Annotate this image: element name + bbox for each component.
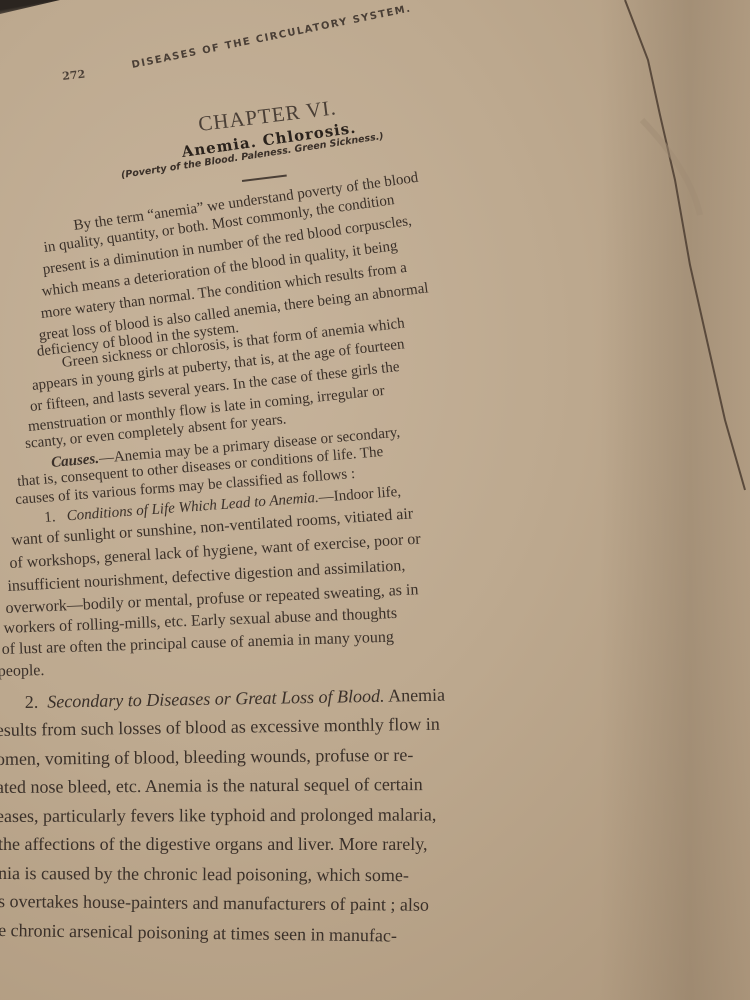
text-line: eases, particularly fevers like typhoid …	[0, 804, 436, 827]
text-line: omen, vomiting of blood, bleeding wounds…	[0, 745, 413, 770]
item1-text: —Indoor life,	[318, 484, 401, 506]
item2-text: Anemia	[384, 685, 445, 706]
text-line: ated nose bleed, etc. Anemia is the natu…	[0, 774, 423, 798]
text-line: people.	[0, 662, 45, 681]
title-rule	[242, 175, 287, 182]
book-page-photo: 272 DISEASES OF THE CIRCULATORY SYSTEM. …	[0, 0, 750, 1000]
text-line: s overtakes house-painters and manufactu…	[0, 891, 429, 916]
next-page-shadow	[600, 0, 750, 1000]
text-line: the affections of the digestive organs a…	[0, 834, 428, 855]
item2-number: 2.	[25, 692, 39, 712]
corner-shadow	[0, 0, 60, 14]
item2-heading: Secondary to Diseases or Great Loss of B…	[47, 686, 385, 712]
running-head: DISEASES OF THE CIRCULATORY SYSTEM.	[131, 3, 413, 71]
page-number: 272	[62, 68, 86, 83]
text-line: e chronic arsenical poisoning at times s…	[0, 920, 397, 947]
item1-number: 1.	[44, 509, 56, 526]
text-line: nia is caused by the chronic lead poison…	[0, 863, 409, 886]
text-line: esults from such losses of blood as exce…	[0, 714, 440, 741]
item2-heading-line: 2. Secondary to Diseases or Great Loss o…	[25, 685, 446, 713]
